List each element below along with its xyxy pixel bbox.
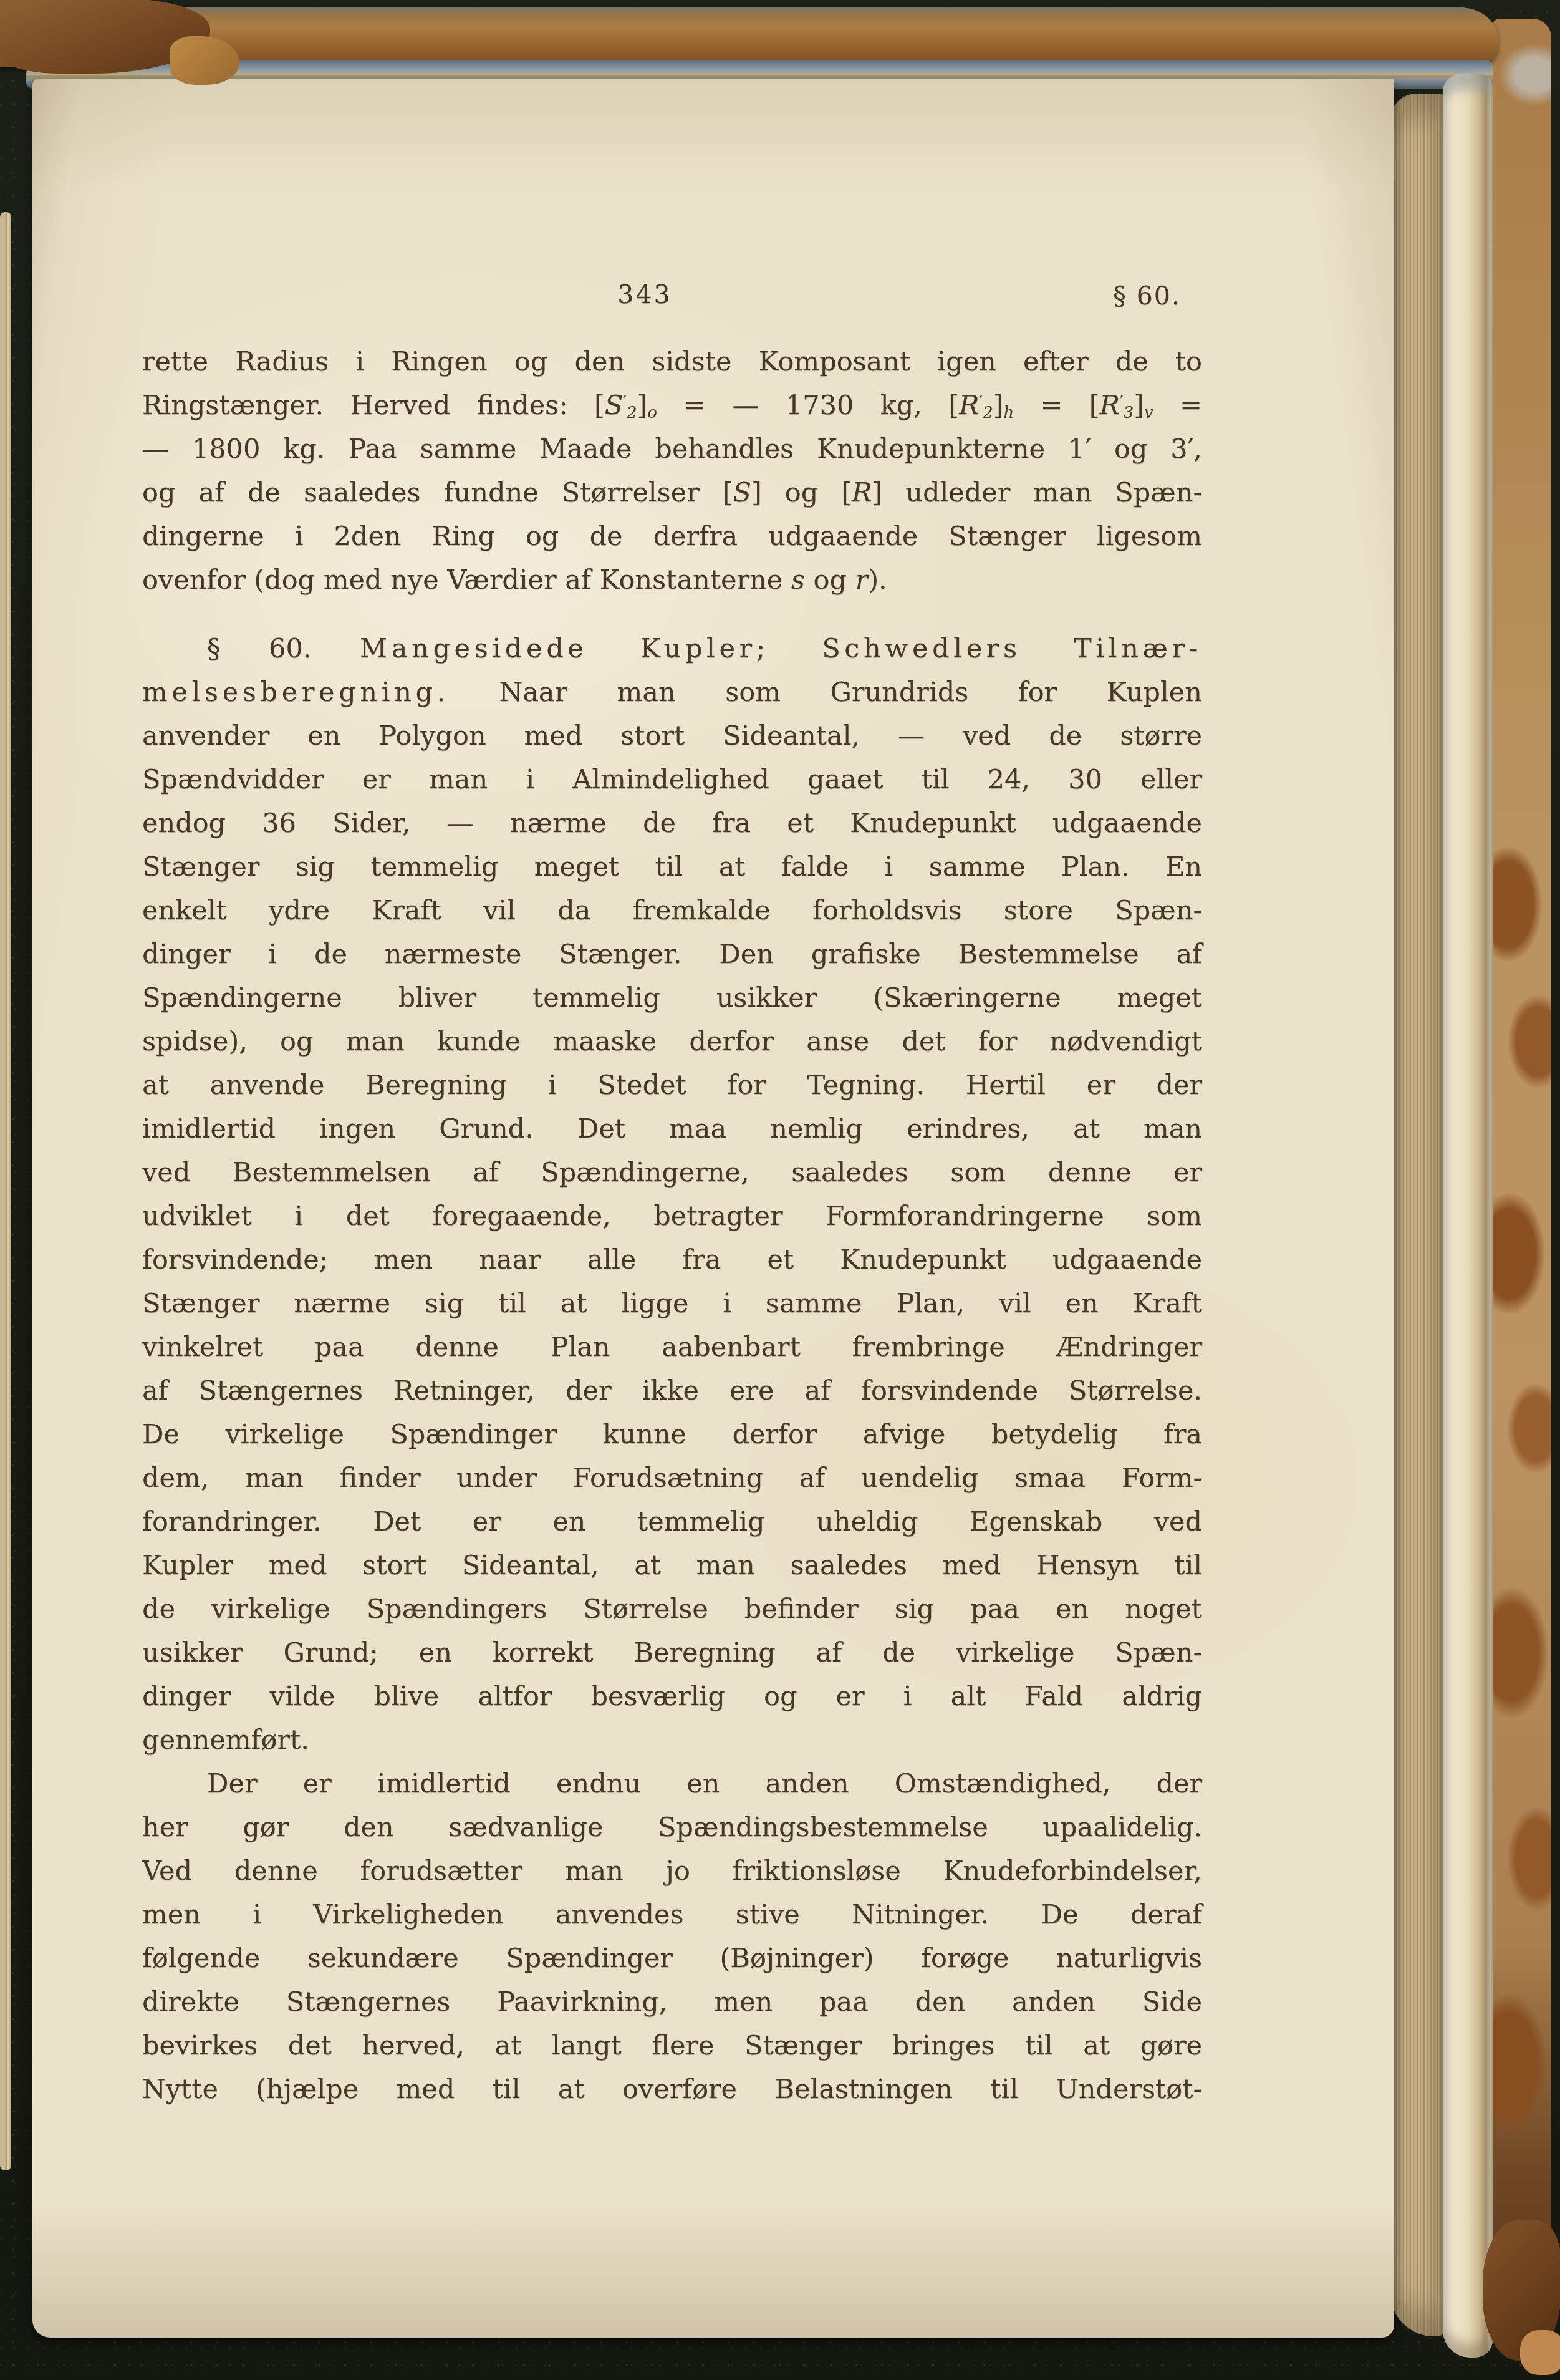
- text-line: ovenfor (dog med nye Værdier af Konstant…: [142, 558, 1202, 602]
- text-line: Spændvidder er man i Almindelighed gaaet…: [142, 758, 1202, 801]
- text-line: her gør den sædvanlige Spændingsbestemme…: [142, 1806, 1202, 1849]
- text-line: spidse), og man kunde maaske derfor anse…: [142, 1020, 1202, 1063]
- page-stack-inner-edge: [1443, 74, 1493, 2358]
- text-line: Spændingerne bliver temmelig usikker (Sk…: [142, 976, 1202, 1020]
- text-line: — 1800 kg. Paa samme Maade behandles Knu…: [142, 427, 1202, 471]
- text-line: at anvende Beregning i Stedet for Tegnin…: [142, 1063, 1202, 1107]
- text-line: vinkelret paa denne Plan aabenbart fremb…: [142, 1325, 1202, 1369]
- text-line: Ved denne forudsætter man jo friktionslø…: [142, 1849, 1202, 1893]
- text-line: melsesberegning. Naar man som Grundrids …: [142, 670, 1202, 714]
- text-line: forsvindende; men naar alle fra et Knude…: [142, 1238, 1202, 1282]
- text-line: direkte Stængernes Paavirkning, men paa …: [142, 1980, 1202, 2024]
- text-line: Ringstænger. Herved findes: [S′2]o = — 1…: [142, 384, 1202, 427]
- text-line: dinger vilde blive altfor besværlig og e…: [142, 1675, 1202, 1718]
- text-line: bevirkes det herved, at langt flere Stæn…: [142, 2024, 1202, 2068]
- text-line: af Stængernes Retninger, der ikke ere af…: [142, 1369, 1202, 1413]
- text-line: dingerne i 2den Ring og de derfra udgaae…: [142, 515, 1202, 558]
- left-page-edge-sliver: [0, 212, 11, 2170]
- text-line: forandringer. Det er en temmelig uheldig…: [142, 1500, 1202, 1544]
- book-cover-right-edge: [1491, 19, 1551, 2314]
- paragraph-section-60: § 60. Mangesidede Kupler; Schwedlers Til…: [142, 627, 1202, 1762]
- text-line: dinger i de nærmeste Stænger. Den grafis…: [142, 932, 1202, 976]
- book-page-photo: 343 § 60. rette Radius i Ringen og den s…: [0, 0, 1560, 2380]
- text-line: anvender en Polygon med stort Sideantal,…: [142, 714, 1202, 758]
- text-line: dem, man finder under Forudsætning af ue…: [142, 1456, 1202, 1500]
- text-line: endog 36 Sider, — nærme de fra et Knudep…: [142, 801, 1202, 845]
- text-line: enkelt ydre Kraft vil da fremkalde forho…: [142, 889, 1202, 932]
- text-line: de virkelige Spændingers Størrelse befin…: [142, 1587, 1202, 1631]
- text-line: Stænger sig temmelig meget til at falde …: [142, 845, 1202, 889]
- text-column: 343 § 60. rette Radius i Ringen og den s…: [142, 79, 1202, 2338]
- text-line: Nytte (hjælpe med til at overføre Belast…: [142, 2068, 1202, 2111]
- text-line: udviklet i det foregaaende, betragter Fo…: [142, 1194, 1202, 1238]
- text-line: § 60. Mangesidede Kupler; Schwedlers Til…: [142, 627, 1202, 670]
- page-stack-fore-edge: [1390, 94, 1444, 2336]
- text-line: usikker Grund; en korrekt Beregning af d…: [142, 1631, 1202, 1675]
- text-line: Stænger nærme sig til at ligge i samme P…: [142, 1282, 1202, 1325]
- text-line: Der er imidlertid endnu en anden Omstænd…: [142, 1762, 1202, 1806]
- text-line: følgende sekundære Spændinger (Bøjninger…: [142, 1937, 1202, 1980]
- page-header: 343 § 60.: [142, 279, 1202, 313]
- text-line: Kupler med stort Sideantal, at man saale…: [142, 1544, 1202, 1587]
- page-text: rette Radius i Ringen og den sidste Komp…: [142, 340, 1202, 2111]
- paragraph-second-remark: Der er imidlertid endnu en anden Omstænd…: [142, 1762, 1202, 2111]
- text-line: og af de saaledes fundne Størrelser [S] …: [142, 471, 1202, 515]
- text-line: rette Radius i Ringen og den sidste Komp…: [142, 340, 1202, 384]
- text-line: ved Bestemmelsen af Spændingerne, saaled…: [142, 1151, 1202, 1194]
- text-line: men i Virkeligheden anvendes stive Nitni…: [142, 1893, 1202, 1937]
- cover-torn-tab: [1520, 2330, 1560, 2375]
- text-line: gennemført.: [142, 1718, 1202, 1762]
- paragraph-continuation: rette Radius i Ringen og den sidste Komp…: [142, 340, 1202, 602]
- text-line: imidlertid ingen Grund. Det maa nemlig e…: [142, 1107, 1202, 1151]
- text-line: De virkelige Spændinger kunne derfor afv…: [142, 1413, 1202, 1456]
- page-number: 343: [115, 279, 1175, 309]
- section-mark: § 60.: [1113, 281, 1181, 311]
- book-page-paper: 343 § 60. rette Radius i Ringen og den s…: [32, 79, 1394, 2338]
